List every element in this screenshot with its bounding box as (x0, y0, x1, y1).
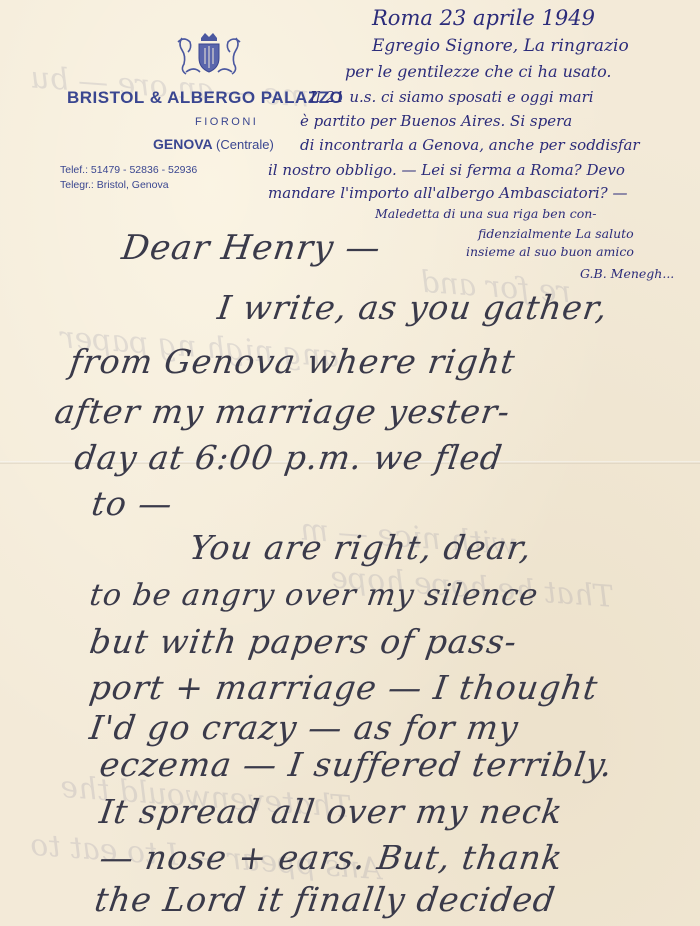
note-signature: G.B. Menegh... (580, 266, 674, 281)
note-line: per le gentilezze che ci ha usato. (345, 62, 612, 81)
letter-line: port + marriage — I thought (87, 668, 600, 707)
coat-of-arms-icon (170, 28, 248, 80)
letter-line: to — (89, 484, 175, 523)
telegraph-address: Telegr.: Bristol, Genova (60, 178, 197, 193)
note-line: di incontrarla a Genova, anche per soddi… (300, 136, 640, 154)
letter-line: after my marriage yester- (52, 392, 513, 431)
letter-line: but with papers of pass- (87, 622, 519, 661)
city-name: GENOVA (153, 136, 212, 152)
letter-page: me — an ore — bu re for and ang nigh ng … (0, 0, 700, 926)
letter-line: day at 6:00 p.m. we fled (72, 438, 505, 477)
note-line: Il 21 u.s. ci siamo sposati e oggi mari (310, 88, 594, 106)
letter-line: the Lord it finally decided (92, 880, 558, 919)
city-detail: (Centrale) (216, 137, 274, 152)
letter-line: I'd go crazy — as for my (87, 708, 521, 747)
note-date: Roma 23 aprile 1949 (372, 6, 595, 30)
hotel-subname: FIORONI (195, 116, 258, 128)
letter-line: — nose + ears. But, thank (97, 838, 565, 877)
note-line: Egregio Signore, La ringrazio (372, 36, 629, 56)
note-line: mandare l'importo all'albergo Ambasciato… (268, 184, 628, 202)
letter-line: It spread all over my neck (97, 792, 565, 831)
note-line: è partito per Buenos Aires. Si spera (300, 112, 572, 130)
letter-line: I write, as you gather, (215, 288, 610, 327)
letter-line: to be angry over my silence (88, 578, 541, 613)
letter-line: eczema — I suffered terribly. (97, 745, 615, 784)
letter-line: from Genova where right (67, 342, 518, 381)
note-line: fidenzialmente La saluto (478, 226, 634, 241)
letter-line: You are right, dear, (187, 528, 534, 567)
telephone-numbers: Telef.: 51479 - 52836 - 52936 (60, 163, 197, 178)
note-line: il nostro obbligo. — Lei si ferma a Roma… (268, 161, 625, 179)
note-line: Maledetta di una sua riga ben con- (375, 206, 597, 221)
note-line: insieme al suo buon amico (466, 244, 634, 259)
hotel-name: BRISTOL & ALBERGO PALAZZO (67, 88, 343, 108)
hotel-contact: Telef.: 51479 - 52836 - 52936 Telegr.: B… (60, 163, 197, 193)
hotel-city: GENOVA (Centrale) (153, 136, 274, 152)
letter-salutation: Dear Henry — (119, 228, 383, 268)
